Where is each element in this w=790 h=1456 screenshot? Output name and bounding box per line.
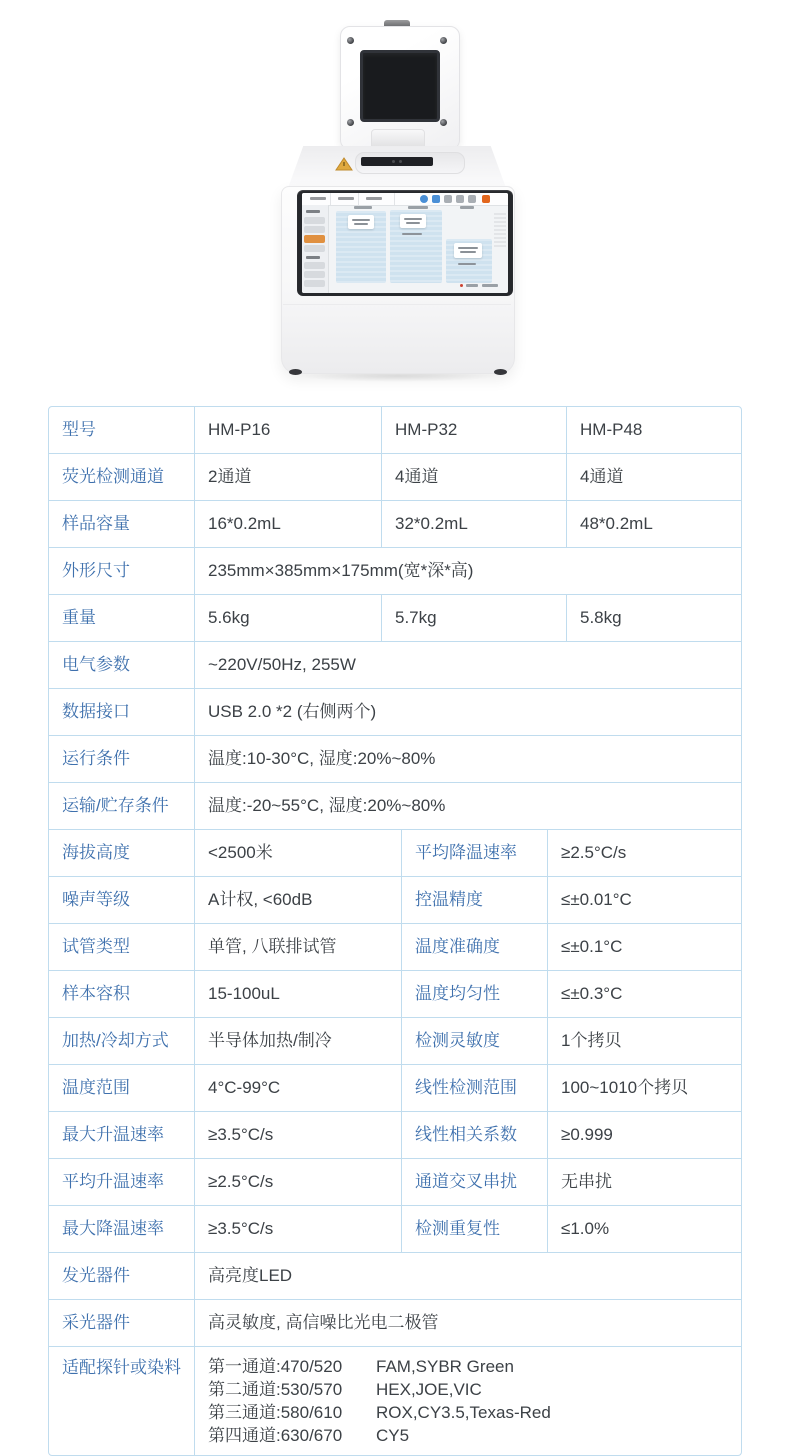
device-body-seam bbox=[283, 304, 511, 306]
spec-label: 噪声等级 bbox=[49, 877, 194, 923]
spec-value: 5.8kg bbox=[566, 595, 741, 641]
probe-channel: 第四通道:630/670 bbox=[208, 1424, 376, 1447]
spec-value: ≤±0.01°C bbox=[547, 877, 741, 923]
probe-channel: 第二通道:530/570 bbox=[208, 1378, 376, 1401]
spec-value: 半导体加热/制冷 bbox=[194, 1018, 401, 1064]
spec-label: 控温精度 bbox=[401, 877, 547, 923]
spec-row: 噪声等级A计权, <60dB控温精度≤±0.01°C bbox=[49, 876, 741, 923]
spec-value: HM-P32 bbox=[381, 407, 566, 453]
device-foot bbox=[494, 369, 507, 375]
spec-value: ≥3.5°C/s bbox=[194, 1206, 401, 1252]
column-header-bar bbox=[408, 206, 428, 209]
step-card-text-bar bbox=[354, 223, 368, 225]
probe-dyes: ROX,CY3.5,Texas-Red bbox=[376, 1403, 551, 1422]
step-card bbox=[400, 214, 426, 228]
panel-caption-bar bbox=[402, 233, 422, 235]
spec-value: 5.6kg bbox=[194, 595, 381, 641]
spec-label: 温度范围 bbox=[49, 1065, 194, 1111]
probe-dyes: FAM,SYBR Green bbox=[376, 1357, 514, 1376]
spec-row: 荧光检测通道2通道4通道4通道 bbox=[49, 453, 741, 500]
spec-label: 外形尺寸 bbox=[49, 548, 194, 594]
spec-label: 采光器件 bbox=[49, 1300, 194, 1346]
probe-channel: 第一通道:470/520 bbox=[208, 1355, 376, 1378]
spec-label: 检测重复性 bbox=[401, 1206, 547, 1252]
spec-label: 最大降温速率 bbox=[49, 1206, 194, 1252]
spec-label: 运输/贮存条件 bbox=[49, 783, 194, 829]
spec-value: 高灵敏度, 高信噪比光电二极管 bbox=[194, 1300, 741, 1346]
save-icon bbox=[432, 195, 440, 203]
column-header-bar bbox=[460, 206, 474, 209]
spec-label: 平均升温速率 bbox=[49, 1159, 194, 1205]
probe-channel-line: 第一通道:470/520FAM,SYBR Green bbox=[208, 1355, 514, 1378]
spec-row: 外形尺寸235mm×385mm×175mm(宽*深*高) bbox=[49, 547, 741, 594]
sample-slot-dot bbox=[392, 160, 395, 163]
spec-row: 适配探针或染料第一通道:470/520FAM,SYBR Green第二通道:53… bbox=[49, 1346, 741, 1455]
lid-screw-icon bbox=[347, 119, 354, 126]
spec-label: 加热/冷却方式 bbox=[49, 1018, 194, 1064]
spec-row: 加热/冷却方式半导体加热/制冷检测灵敏度1个拷贝 bbox=[49, 1017, 741, 1064]
spec-label: 温度均匀性 bbox=[401, 971, 547, 1017]
spec-label: 平均降温速率 bbox=[401, 830, 547, 876]
spec-value: 单管, 八联排试管 bbox=[194, 924, 401, 970]
spec-row: 试管类型单管, 八联排试管温度准确度≤±0.1°C bbox=[49, 923, 741, 970]
spec-value: ≥2.5°C/s bbox=[547, 830, 741, 876]
spec-row: 温度范围4°C-99°C线性检测范围100~1010个拷贝 bbox=[49, 1064, 741, 1111]
spec-value: 第一通道:470/520FAM,SYBR Green第二通道:530/570HE… bbox=[194, 1347, 741, 1455]
sidebar-section-label bbox=[306, 256, 320, 259]
sidebar-button bbox=[304, 245, 325, 252]
warning-triangle-icon bbox=[335, 157, 353, 171]
spec-label: 通道交叉串扰 bbox=[401, 1159, 547, 1205]
spec-label: 重量 bbox=[49, 595, 194, 641]
spec-value: 48*0.2mL bbox=[566, 501, 741, 547]
screen-tab-separator bbox=[358, 193, 359, 205]
spec-value: ≤1.0% bbox=[547, 1206, 741, 1252]
spec-label: 型号 bbox=[49, 407, 194, 453]
spec-value: 无串扰 bbox=[547, 1159, 741, 1205]
spec-row: 电气参数~220V/50Hz, 255W bbox=[49, 641, 741, 688]
status-text-bar bbox=[482, 284, 498, 287]
status-dot-icon bbox=[460, 284, 463, 287]
product-photo bbox=[0, 0, 790, 406]
panel-caption-bar bbox=[458, 263, 476, 265]
status-text-bar bbox=[466, 284, 478, 287]
device-heated-lid-window bbox=[360, 50, 440, 122]
spec-value: ≥2.5°C/s bbox=[194, 1159, 401, 1205]
lid-screw-icon bbox=[440, 119, 447, 126]
run-icon bbox=[482, 195, 490, 203]
step-card-text-bar bbox=[352, 219, 370, 221]
screen-tab bbox=[338, 197, 354, 200]
spec-row: 运输/贮存条件温度:-20~55°C, 湿度:20%~80% bbox=[49, 782, 741, 829]
spec-row: 样品容量16*0.2mL32*0.2mL48*0.2mL bbox=[49, 500, 741, 547]
spec-row: 重量5.6kg5.7kg5.8kg bbox=[49, 594, 741, 641]
sidebar-button-active bbox=[304, 235, 325, 243]
probe-channel-line: 第四通道:630/670CY5 bbox=[208, 1424, 409, 1447]
spec-row: 最大升温速率≥3.5°C/s线性相关系数≥0.999 bbox=[49, 1111, 741, 1158]
spec-value: 235mm×385mm×175mm(宽*深*高) bbox=[194, 548, 741, 594]
device-foot bbox=[289, 369, 302, 375]
spec-table: 型号HM-P16HM-P32HM-P48荧光检测通道2通道4通道4通道样品容量1… bbox=[48, 406, 742, 1456]
sidebar-button bbox=[304, 226, 325, 233]
lid-screw-icon bbox=[440, 37, 447, 44]
spec-value: ≤±0.3°C bbox=[547, 971, 741, 1017]
spec-label: 运行条件 bbox=[49, 736, 194, 782]
spec-row: 数据接口USB 2.0 *2 (右侧两个) bbox=[49, 688, 741, 735]
page: { "product_image": { "kind": "real-time-… bbox=[0, 0, 790, 1453]
spec-value: 高亮度LED bbox=[194, 1253, 741, 1299]
spec-label: 数据接口 bbox=[49, 689, 194, 735]
probe-dyes: CY5 bbox=[376, 1426, 409, 1445]
screen-tab-separator bbox=[394, 193, 395, 205]
spec-label: 适配探针或染料 bbox=[49, 1347, 194, 1455]
spec-label: 海拔高度 bbox=[49, 830, 194, 876]
screen-tab bbox=[366, 197, 382, 200]
screen-right-texture bbox=[494, 213, 506, 249]
spec-value: 1个拷贝 bbox=[547, 1018, 741, 1064]
spec-value: 温度:-20~55°C, 湿度:20%~80% bbox=[194, 783, 741, 829]
spec-row: 运行条件温度:10-30°C, 湿度:20%~80% bbox=[49, 735, 741, 782]
spec-label: 线性检测范围 bbox=[401, 1065, 547, 1111]
spec-value: 温度:10-30°C, 湿度:20%~80% bbox=[194, 736, 741, 782]
spec-value: 2通道 bbox=[194, 454, 381, 500]
spec-value: USB 2.0 *2 (右侧两个) bbox=[194, 689, 741, 735]
spec-value: 4通道 bbox=[566, 454, 741, 500]
spec-value: 4°C-99°C bbox=[194, 1065, 401, 1111]
grid-icon bbox=[468, 195, 476, 203]
step-card-text-bar bbox=[460, 251, 476, 253]
spec-value: ≥3.5°C/s bbox=[194, 1112, 401, 1158]
spec-row: 发光器件高亮度LED bbox=[49, 1252, 741, 1299]
sidebar-button bbox=[304, 262, 325, 269]
spec-value: ~220V/50Hz, 255W bbox=[194, 642, 741, 688]
spec-value: 5.7kg bbox=[381, 595, 566, 641]
spec-row: 型号HM-P16HM-P32HM-P48 bbox=[49, 407, 741, 453]
spec-value: 16*0.2mL bbox=[194, 501, 381, 547]
spec-label: 温度准确度 bbox=[401, 924, 547, 970]
spec-value: 15-100uL bbox=[194, 971, 401, 1017]
spec-row: 最大降温速率≥3.5°C/s检测重复性≤1.0% bbox=[49, 1205, 741, 1252]
spec-label: 发光器件 bbox=[49, 1253, 194, 1299]
sample-slot-dot bbox=[399, 160, 402, 163]
probe-channel-line: 第二通道:530/570HEX,JOE,VIC bbox=[208, 1378, 482, 1401]
spec-value: ≥0.999 bbox=[547, 1112, 741, 1158]
spec-row: 样本容积15-100uL温度均匀性≤±0.3°C bbox=[49, 970, 741, 1017]
probe-channel-line: 第三通道:580/610ROX,CY3.5,Texas-Red bbox=[208, 1401, 551, 1424]
spec-value: A计权, <60dB bbox=[194, 877, 401, 923]
touchscreen bbox=[302, 193, 508, 293]
step-card-text-bar bbox=[406, 222, 420, 224]
spec-value: ≤±0.1°C bbox=[547, 924, 741, 970]
probe-dyes: HEX,JOE,VIC bbox=[376, 1380, 482, 1399]
screen-tab-separator bbox=[330, 193, 331, 205]
add-icon bbox=[420, 195, 428, 203]
spec-value: HM-P16 bbox=[194, 407, 381, 453]
spec-row: 采光器件高灵敏度, 高信噪比光电二极管 bbox=[49, 1299, 741, 1346]
step-card-text-bar bbox=[458, 247, 478, 249]
step-card-text-bar bbox=[404, 218, 422, 220]
spec-value: 100~1010个拷贝 bbox=[547, 1065, 741, 1111]
spec-label: 样本容积 bbox=[49, 971, 194, 1017]
spec-value: HM-P48 bbox=[566, 407, 741, 453]
spec-label: 荧光检测通道 bbox=[49, 454, 194, 500]
sidebar-section-label bbox=[306, 210, 320, 213]
spec-value: 4通道 bbox=[381, 454, 566, 500]
spec-label: 样品容量 bbox=[49, 501, 194, 547]
sample-block-slot bbox=[361, 157, 433, 166]
screen-toolbar bbox=[302, 193, 508, 206]
sidebar-button bbox=[304, 217, 325, 224]
spec-label: 最大升温速率 bbox=[49, 1112, 194, 1158]
lid-screw-icon bbox=[347, 37, 354, 44]
step-card bbox=[348, 215, 374, 229]
spec-label: 检测灵敏度 bbox=[401, 1018, 547, 1064]
screen-tab bbox=[310, 197, 326, 200]
spec-label: 线性相关系数 bbox=[401, 1112, 547, 1158]
spec-label: 电气参数 bbox=[49, 642, 194, 688]
sidebar-button bbox=[304, 271, 325, 278]
tool-icon bbox=[444, 195, 452, 203]
column-header-bar bbox=[354, 206, 372, 209]
sidebar-button bbox=[304, 280, 325, 287]
spec-row: 平均升温速率≥2.5°C/s通道交叉串扰无串扰 bbox=[49, 1158, 741, 1205]
probe-channel: 第三通道:580/610 bbox=[208, 1401, 376, 1424]
spec-value: <2500米 bbox=[194, 830, 401, 876]
spec-row: 海拔高度<2500米平均降温速率≥2.5°C/s bbox=[49, 829, 741, 876]
spec-value: 32*0.2mL bbox=[381, 501, 566, 547]
file-icon bbox=[456, 195, 464, 203]
spec-label: 试管类型 bbox=[49, 924, 194, 970]
